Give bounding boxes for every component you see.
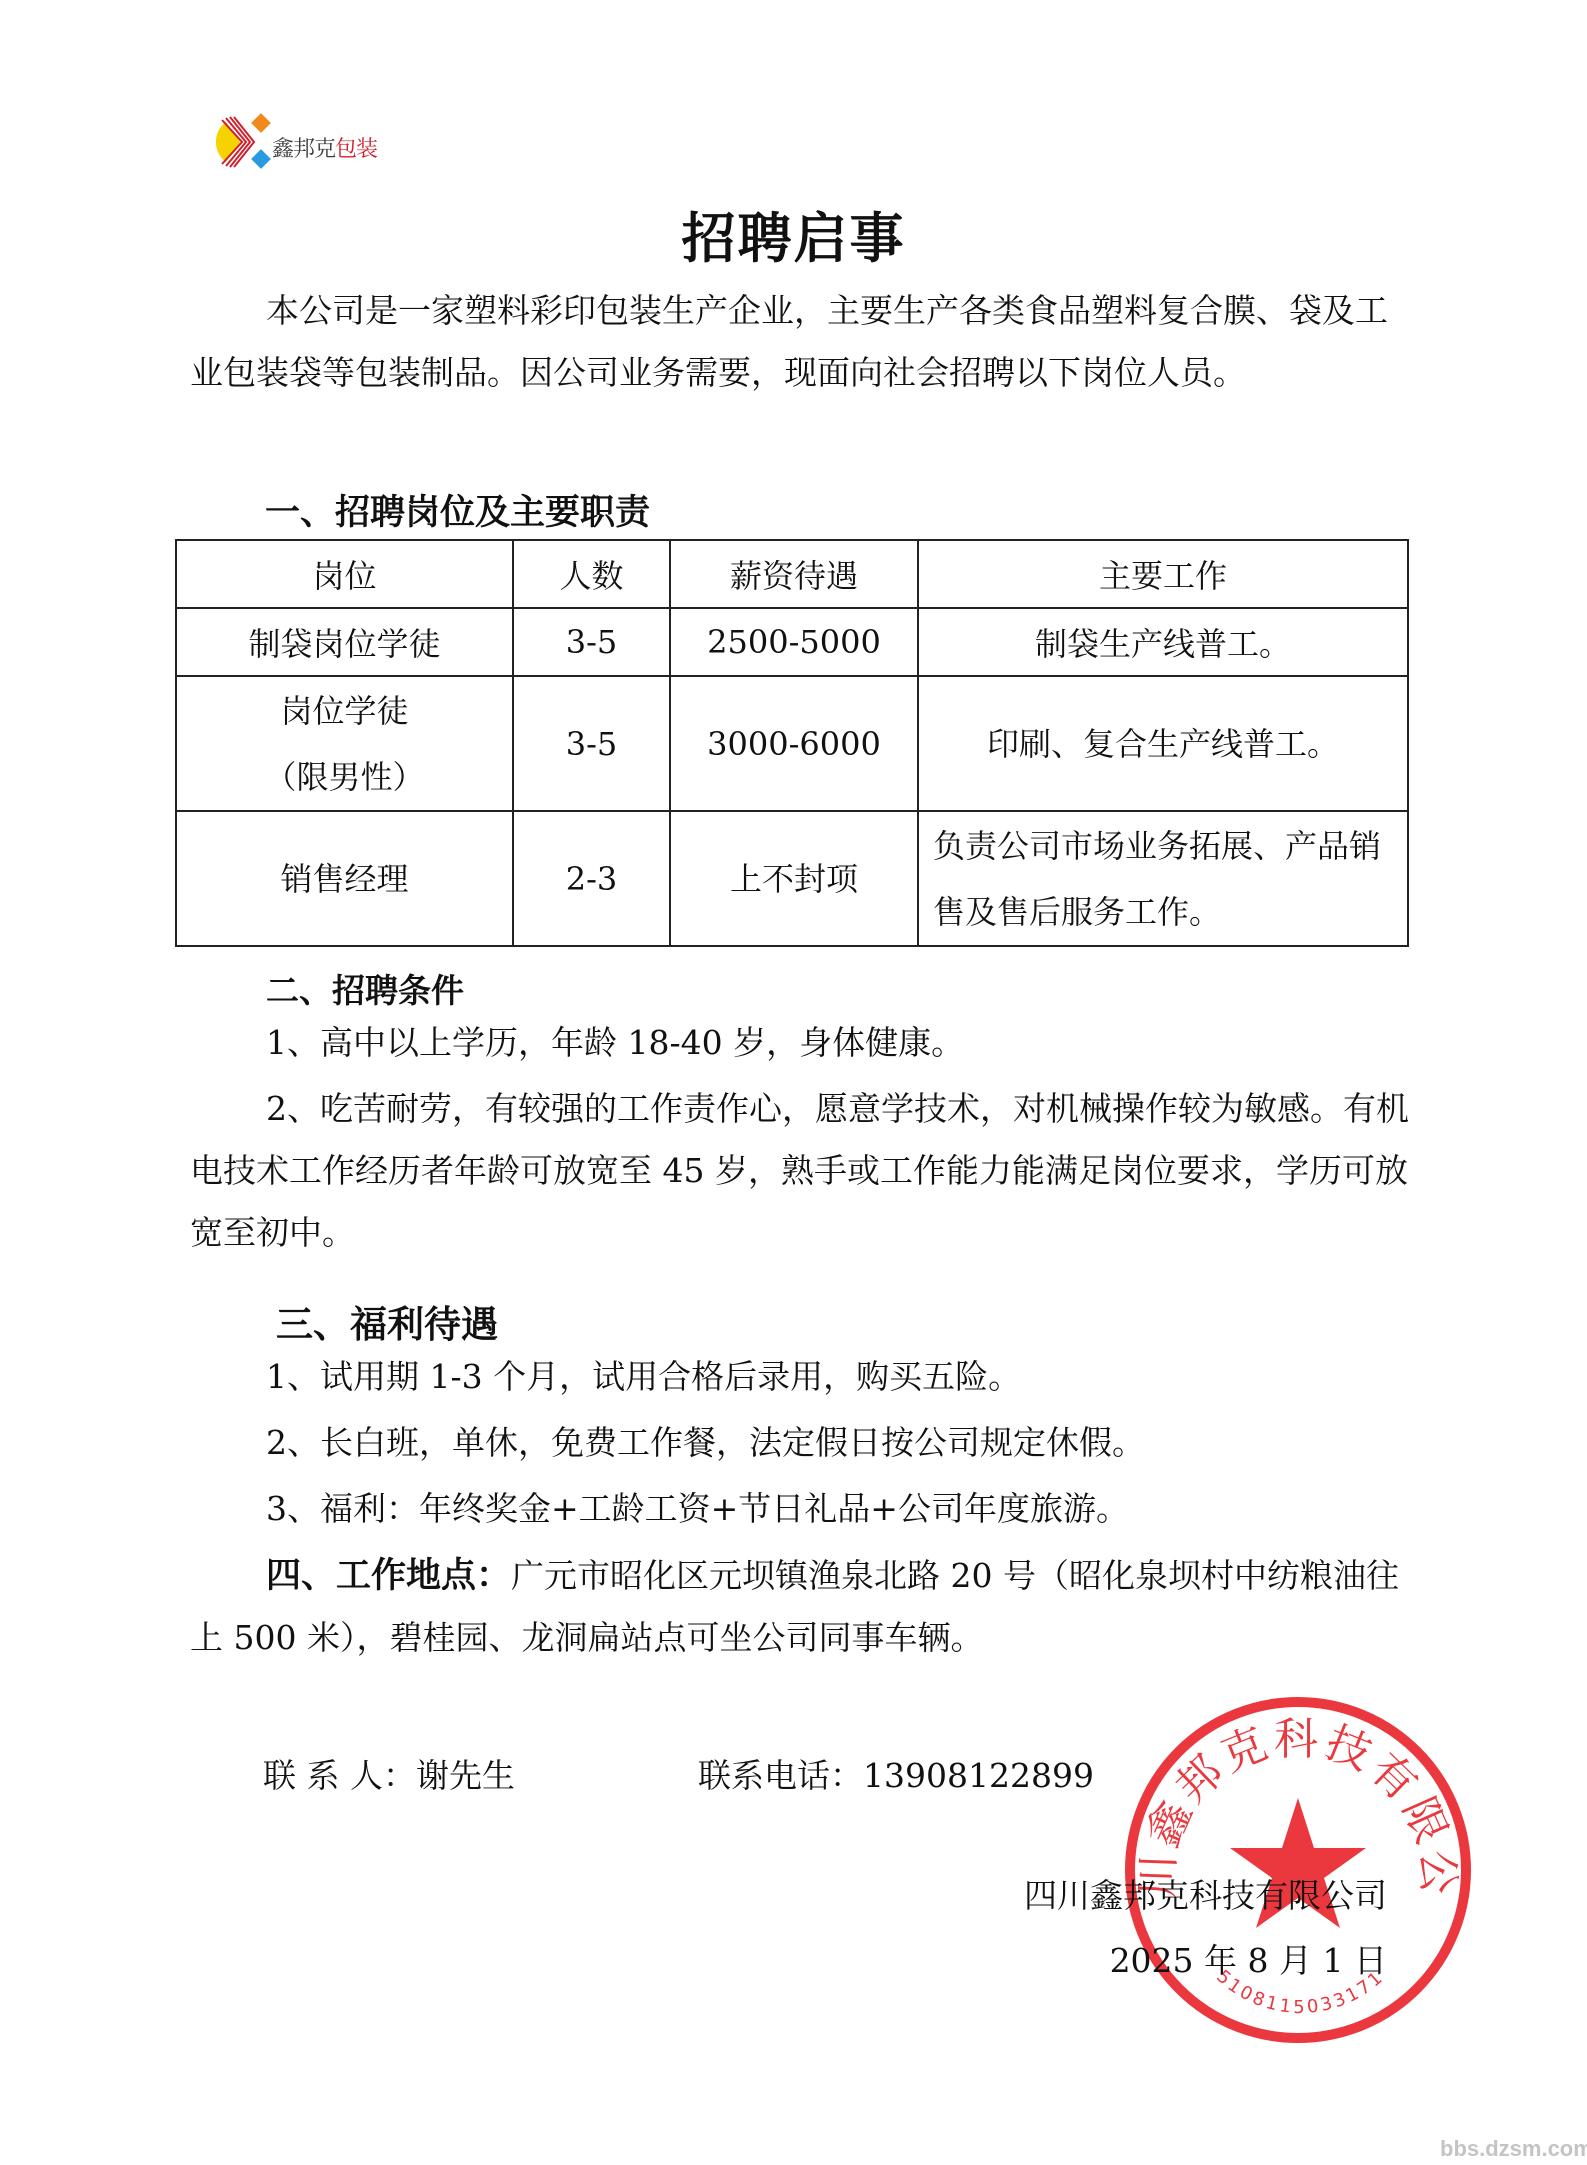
col-header-position: 岗位 [176, 540, 513, 608]
cell-salary: 3000-6000 [670, 676, 918, 811]
positions-table: 岗位 人数 薪资待遇 主要工作 制袋岗位学徒 3-5 2500-5000 制袋生… [175, 539, 1409, 947]
cell-position-title: 岗位学徒 [177, 678, 512, 744]
cell-count: 3-5 [513, 608, 670, 676]
contact-phone-label: 联系电话： [698, 1756, 863, 1795]
work-location-paragraph: 四、工作地点：广元市昭化区元坝镇渔泉北路 20 号（昭化泉坝村中纺粮油往上 50… [190, 1545, 1410, 1669]
section4-heading: 四、工作地点： [266, 1556, 511, 1596]
requirement-item-2: 2、吃苦耐劳，有较强的工作责作心，愿意学技术，对机械操作较为敏感。有机电技术工作… [190, 1078, 1410, 1264]
cell-position: 销售经理 [176, 811, 513, 946]
table-row: 制袋岗位学徒 3-5 2500-5000 制袋生产线普工。 [176, 608, 1408, 676]
signature-date: 2025 年 8 月 1 日 [1110, 1930, 1387, 1992]
contact-phone: 联系电话：13908122899 [698, 1745, 1094, 1807]
logo-brand-name: 鑫邦克 [272, 137, 335, 162]
benefit-item-3: 3、福利：年终奖金+工龄工资+节日礼品+公司年度旅游。 [190, 1478, 1410, 1540]
cell-position: 制袋岗位学徒 [176, 608, 513, 676]
cell-salary: 上不封项 [670, 811, 918, 946]
col-header-duties: 主要工作 [918, 540, 1408, 608]
col-header-count: 人数 [513, 540, 670, 608]
table-row: 销售经理 2-3 上不封项 负责公司市场业务拓展、产品销售及售后服务工作。 [176, 811, 1408, 946]
table-row: 岗位学徒 （限男性） 3-5 3000-6000 印刷、复合生产线普工。 [176, 676, 1408, 811]
logo-brand-suffix: 包装 [335, 137, 377, 162]
benefit-item-1: 1、试用期 1-3 个月，试用合格后录用，购买五险。 [190, 1346, 1410, 1408]
intro-paragraph: 本公司是一家塑料彩印包装生产企业，主要生产各类食品塑料复合膜、袋及工业包装袋等包… [190, 280, 1410, 404]
logo-wordmark: 鑫邦克包装 [272, 132, 377, 163]
cell-count: 3-5 [513, 676, 670, 811]
section3-heading: 三、福利待遇 [276, 1294, 498, 1348]
cell-duties: 负责公司市场业务拓展、产品销售及售后服务工作。 [918, 811, 1408, 946]
page-title: 招聘启事 [0, 196, 1587, 273]
logo-mark-icon [212, 112, 274, 174]
requirement-item-1: 1、高中以上学历，年龄 18-40 岁，身体健康。 [190, 1012, 1410, 1074]
col-header-salary: 薪资待遇 [670, 540, 918, 608]
contact-phone-number: 13908122899 [863, 1756, 1094, 1795]
signature-company: 四川鑫邦克科技有限公司 [1024, 1865, 1387, 1927]
cell-position: 岗位学徒 （限男性） [176, 676, 513, 811]
cell-duties: 印刷、复合生产线普工。 [918, 676, 1408, 811]
site-watermark: bbs.dzsm.com [1440, 2136, 1587, 2162]
benefit-item-2: 2、长白班，单休，免费工作餐，法定假日按公司规定休假。 [190, 1412, 1410, 1474]
section1-heading: 一、招聘岗位及主要职责 [265, 485, 650, 535]
contact-person: 联 系 人：谢先生 [263, 1745, 515, 1807]
cell-count: 2-3 [513, 811, 670, 946]
section2-heading: 二、招聘条件 [266, 965, 464, 1012]
table-header-row: 岗位 人数 薪资待遇 主要工作 [176, 540, 1408, 608]
cell-salary: 2500-5000 [670, 608, 918, 676]
company-logo: 鑫邦克包装 [212, 112, 412, 174]
contact-person-name: 谢先生 [416, 1756, 515, 1795]
cell-duties: 制袋生产线普工。 [918, 608, 1408, 676]
cell-position-note: （限男性） [177, 744, 512, 810]
contact-person-label: 联 系 人： [263, 1756, 416, 1795]
